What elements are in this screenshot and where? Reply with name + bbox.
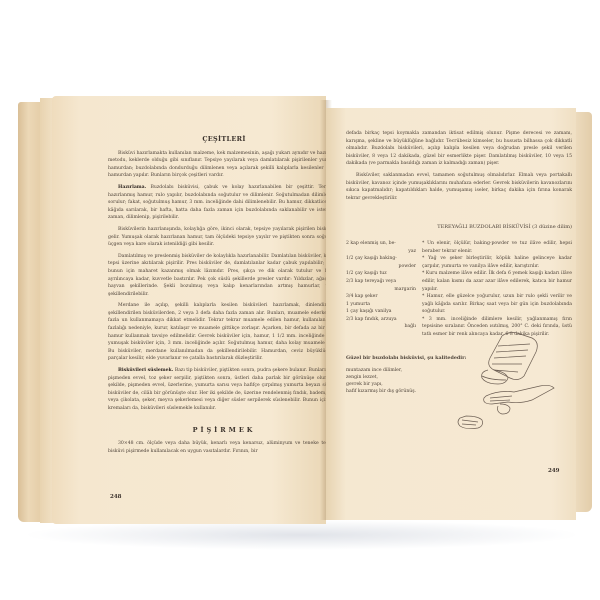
paragraph: Bisküviler, saklanmadan evvel, tamamen s… [346,172,572,202]
paragraph: 30×48 cm. ölçüde veya daha büyük, kenarl… [108,440,340,455]
open-book: ÇEŞİTLERİ Bisküvi hazırlamakta kullanıla… [18,96,592,526]
left-page-text: ÇEŞİTLERİ Bisküvi hazırlamakta kullanıla… [108,136,340,459]
ingredient: 3/4 kap şeker [346,293,416,301]
ingredient: 1/2 çay kaşığı tuz [346,270,416,278]
recipe-step: * Yağ ve şeker birleştirilir, köpük hali… [422,255,572,270]
right-page-stack [574,112,592,512]
paragraph: Bisküvi hazırlamakta kullanılan malzeme,… [108,150,340,180]
ingredient: 1 çay kaşığı vanilya [346,308,416,316]
recipe-steps: * Un elenir, ölçülür, baking-powder ve t… [422,240,572,339]
paragraph: Merdane ile açılıp, şekilli kalıplarla k… [108,302,340,363]
paragraph-lead: Bisküvileri süslemek. [118,368,173,373]
subsection-heading: PİŞİRMEK [108,427,340,435]
recipe: 2 kap elenmiş un, be- yaz 1/2 çay kaşığı… [346,240,572,339]
paragraph: Bisküvileri süslemek. Bazı tip bisküvile… [108,367,340,413]
paragraph: Bisküvilerin hazırlanışında, kolaylığa g… [108,226,340,249]
page-number-left: 248 [110,494,121,500]
paragraph-lead: Hazırlama. [118,185,146,190]
ingredient: 2/3 kap tereyağı veya [346,278,416,286]
ingredient: 1 yumurta [346,301,416,309]
recipe-step: * Un elenir, ölçülür, baking-powder ve t… [422,240,572,255]
hand-slicing-cookie-dough-roll-icon [454,330,564,450]
recipe-title: TEREYAĞLI BUZDOLABI BİSKÜVİSİ (3 düzine … [346,224,572,232]
ingredient-list: 2 kap elenmiş un, be- yaz 1/2 çay kaşığı… [346,240,416,339]
paragraph: Hazırlama. Buzdolabı bisküvisi, çabuk ve… [108,184,340,222]
ingredient: 1/2 çay kaşığı baking- [346,255,416,263]
paragraph: Damlatılmış ve preslenmiş bisküviler de … [108,253,340,299]
right-page: defada birkaç tepsi koymakla zamandan ik… [326,108,576,520]
page-number-right: 249 [548,468,559,474]
left-page: ÇEŞİTLERİ Bisküvi hazırlamakta kullanıla… [52,96,326,524]
recipe-step: * Hamur, elle güzelce yoğurulur, uzun bi… [422,293,572,316]
ingredient: 2 kap elenmiş un, be- [346,240,416,248]
ingredient: 2/3 kap fındık, arzuya [346,316,416,324]
paragraph: defada birkaç tepsi koymakla zamandan ik… [346,130,572,168]
recipe-step: * Kuru malzeme ilâve edilir. İlk defa 6 … [422,270,572,293]
section-heading: ÇEŞİTLERİ [108,136,340,144]
